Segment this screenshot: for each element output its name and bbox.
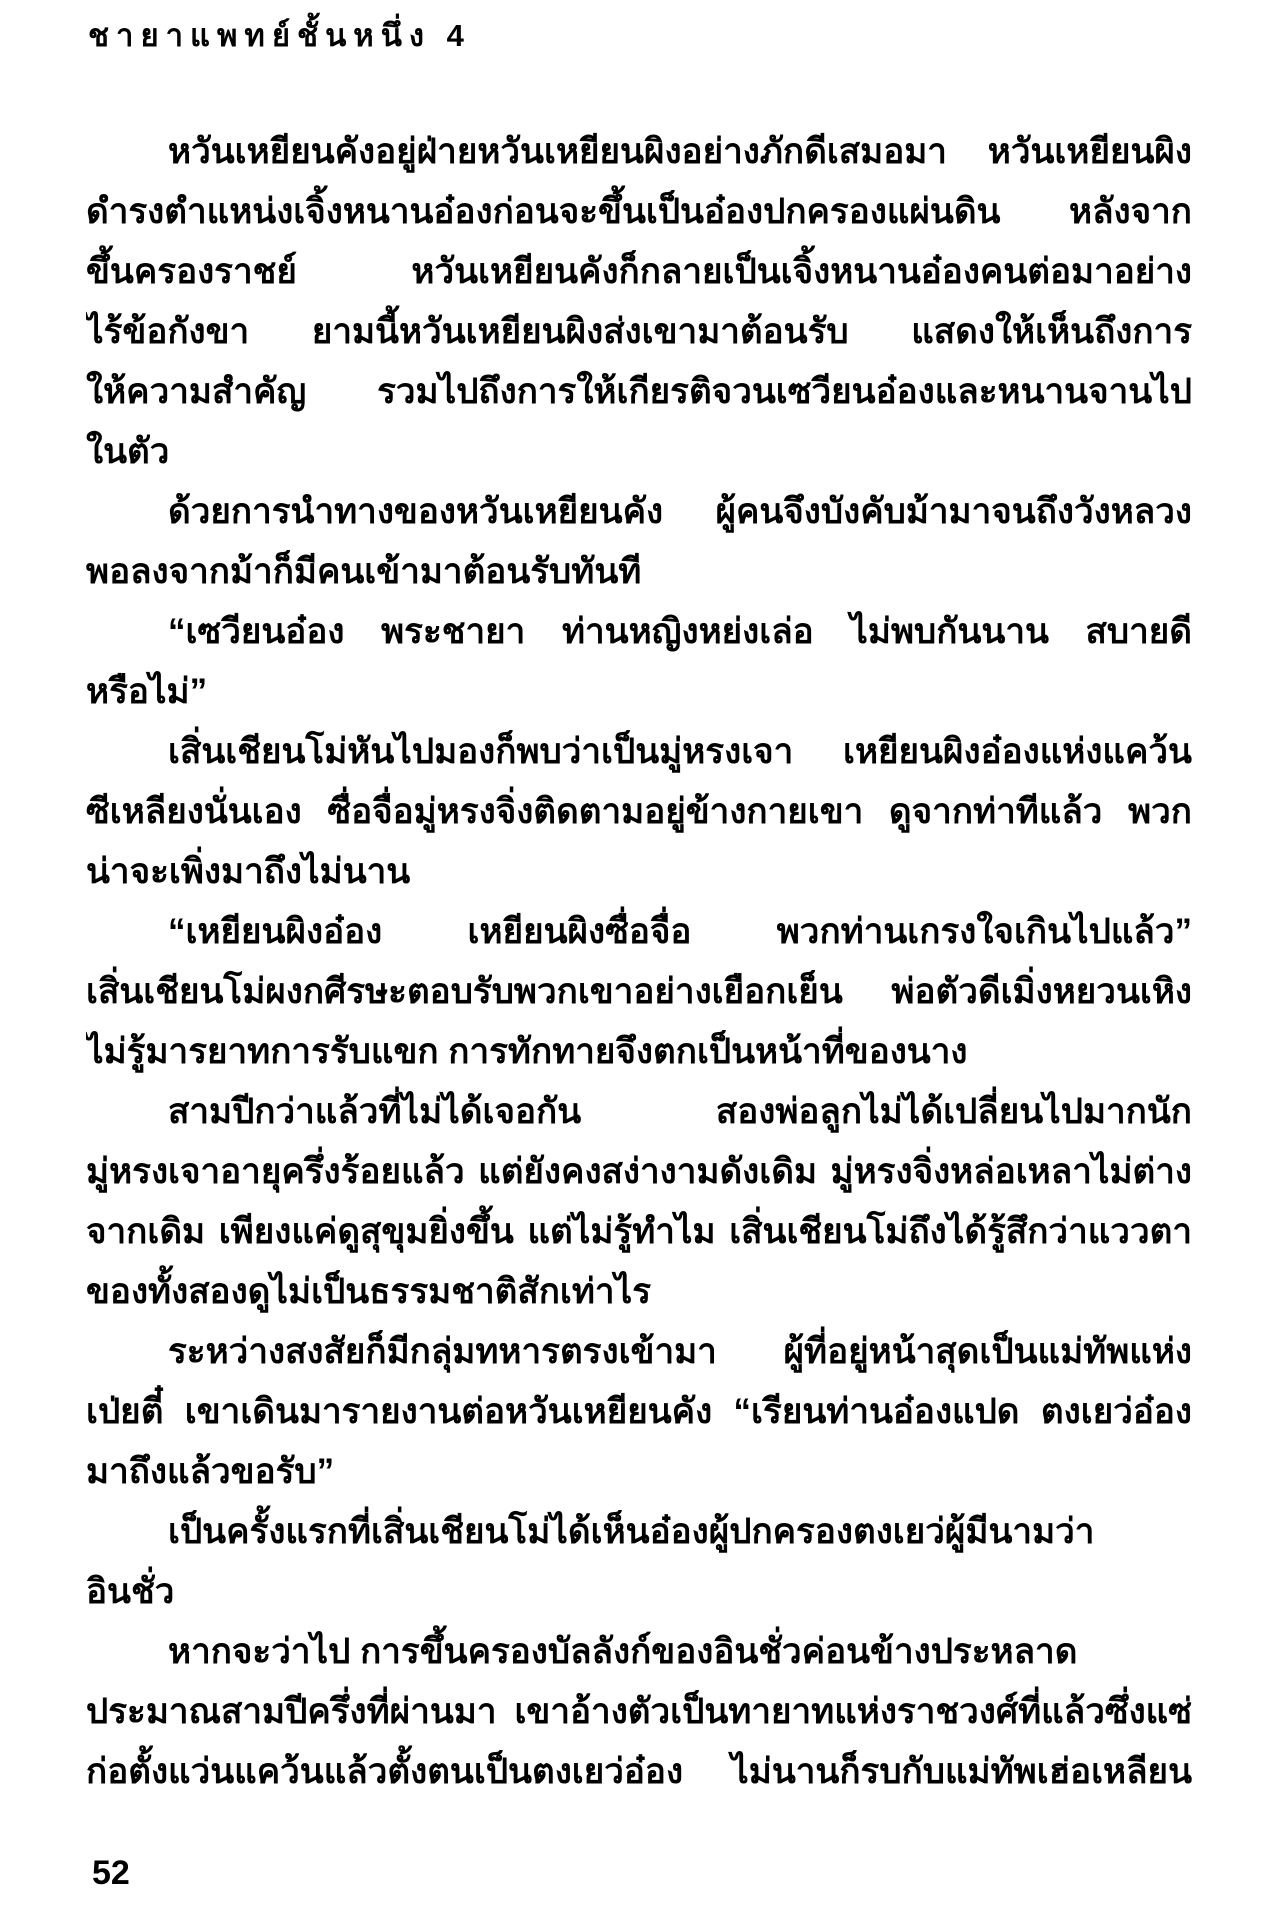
text-line: เป็นครั้งแรกที่เสิ่นเชียนโม่ได้เห็นอ๋องผ… (86, 1502, 1192, 1562)
text-line: พอลงจากม้าก็มีคนเข้ามาต้อนรับทันที (86, 542, 1192, 602)
text-line: ซีเหลียงนั่นเอง ซื่อจื่อมู่หรงจิ่งติดตาม… (86, 782, 1192, 842)
paragraph: หากจะว่าไป การขึ้นครองบัลลังก์ของอินชั่ว… (86, 1622, 1192, 1802)
text-line: หรือไม่” (86, 662, 1192, 722)
text-line: ไม่รู้มารยาทการรับแขก การทักทายจึงตกเป็น… (86, 1022, 1192, 1082)
text-line: สามปีกว่าแล้วที่ไม่ได้เจอกัน สองพ่อลูกไม… (86, 1082, 1192, 1142)
text-line: มู่หรงเจาอายุครึ่งร้อยแล้ว แต่ยังคงสง่าง… (86, 1142, 1192, 1202)
text-line: อินชั่ว (86, 1562, 1192, 1622)
text-line: ก่อตั้งแว่นแคว้นแล้วตั้งตนเป็นตงเยว่อ๋อง… (86, 1742, 1192, 1802)
text-line: ดำรงตำแหน่งเจิ้งหนานอ๋องก่อนจะขึ้นเป็นอ๋… (86, 182, 1192, 242)
text-line: “เหยียนผิงอ๋อง เหยียนผิงซื่อจื่อ พวกท่าน… (86, 902, 1192, 962)
body-text: หวันเหยียนคังอยู่ฝ่ายหวันเหยียนผิงอย่างภ… (86, 122, 1192, 1802)
text-line: เสิ่นเชียนโม่ผงกศีรษะตอบรับพวกเขาอย่างเย… (86, 962, 1192, 1022)
text-line: หากจะว่าไป การขึ้นครองบัลลังก์ของอินชั่ว… (86, 1622, 1192, 1682)
paragraph: สามปีกว่าแล้วที่ไม่ได้เจอกัน สองพ่อลูกไม… (86, 1082, 1192, 1322)
paragraph: “เซวียนอ๋อง พระชายา ท่านหญิงหย่งเล่อ ไม่… (86, 602, 1192, 722)
text-line: ในตัว (86, 422, 1192, 482)
paragraph: “เหยียนผิงอ๋อง เหยียนผิงซื่อจื่อ พวกท่าน… (86, 902, 1192, 1082)
paragraph: หวันเหยียนคังอยู่ฝ่ายหวันเหยียนผิงอย่างภ… (86, 122, 1192, 482)
text-line: ประมาณสามปีครึ่งที่ผ่านมา เขาอ้างตัวเป็น… (86, 1682, 1192, 1742)
paragraph: เป็นครั้งแรกที่เสิ่นเชียนโม่ได้เห็นอ๋องผ… (86, 1502, 1192, 1622)
text-line: “เซวียนอ๋อง พระชายา ท่านหญิงหย่งเล่อ ไม่… (86, 602, 1192, 662)
text-line: ด้วยการนำทางของหวันเหยียนคัง ผู้คนจึงบัง… (86, 482, 1192, 542)
text-line: ของทั้งสองดูไม่เป็นธรรมชาติสักเท่าไร (86, 1262, 1192, 1322)
text-line: ให้ความสำคัญ รวมไปถึงการให้เกียรติจวนเซว… (86, 362, 1192, 422)
running-header: ชายาแพทย์ชั้นหนึ่ง 4 (88, 10, 471, 60)
paragraph: เสิ่นเชียนโม่หันไปมองก็พบว่าเป็นมู่หรงเจ… (86, 722, 1192, 902)
text-line: ระหว่างสงสัยก็มีกลุ่มทหารตรงเข้ามา ผู้ที… (86, 1322, 1192, 1382)
text-line: น่าจะเพิ่งมาถึงไม่นาน (86, 842, 1192, 902)
text-line: เสิ่นเชียนโม่หันไปมองก็พบว่าเป็นมู่หรงเจ… (86, 722, 1192, 782)
paragraph: ระหว่างสงสัยก็มีกลุ่มทหารตรงเข้ามา ผู้ที… (86, 1322, 1192, 1502)
text-line: จากเดิม เพียงแค่ดูสุขุมยิ่งขึ้น แต่ไม่รู… (86, 1202, 1192, 1262)
text-line: ไร้ข้อกังขา ยามนี้หวันเหยียนผิงส่งเขามาต… (86, 302, 1192, 362)
book-page: ชายาแพทย์ชั้นหนึ่ง 4 หวันเหยียนคังอยู่ฝ่… (0, 0, 1278, 1920)
text-line: เป่ยตี๋ เขาเดินมารายงานต่อหวันเหยียนคัง … (86, 1382, 1192, 1442)
text-line: ขึ้นครองราชย์ หวันเหยียนคังก็กลายเป็นเจิ… (86, 242, 1192, 302)
text-line: มาถึงแล้วขอรับ” (86, 1442, 1192, 1502)
text-line: หวันเหยียนคังอยู่ฝ่ายหวันเหยียนผิงอย่างภ… (86, 122, 1192, 182)
page-number: 52 (92, 1854, 130, 1893)
paragraph: ด้วยการนำทางของหวันเหยียนคัง ผู้คนจึงบัง… (86, 482, 1192, 602)
